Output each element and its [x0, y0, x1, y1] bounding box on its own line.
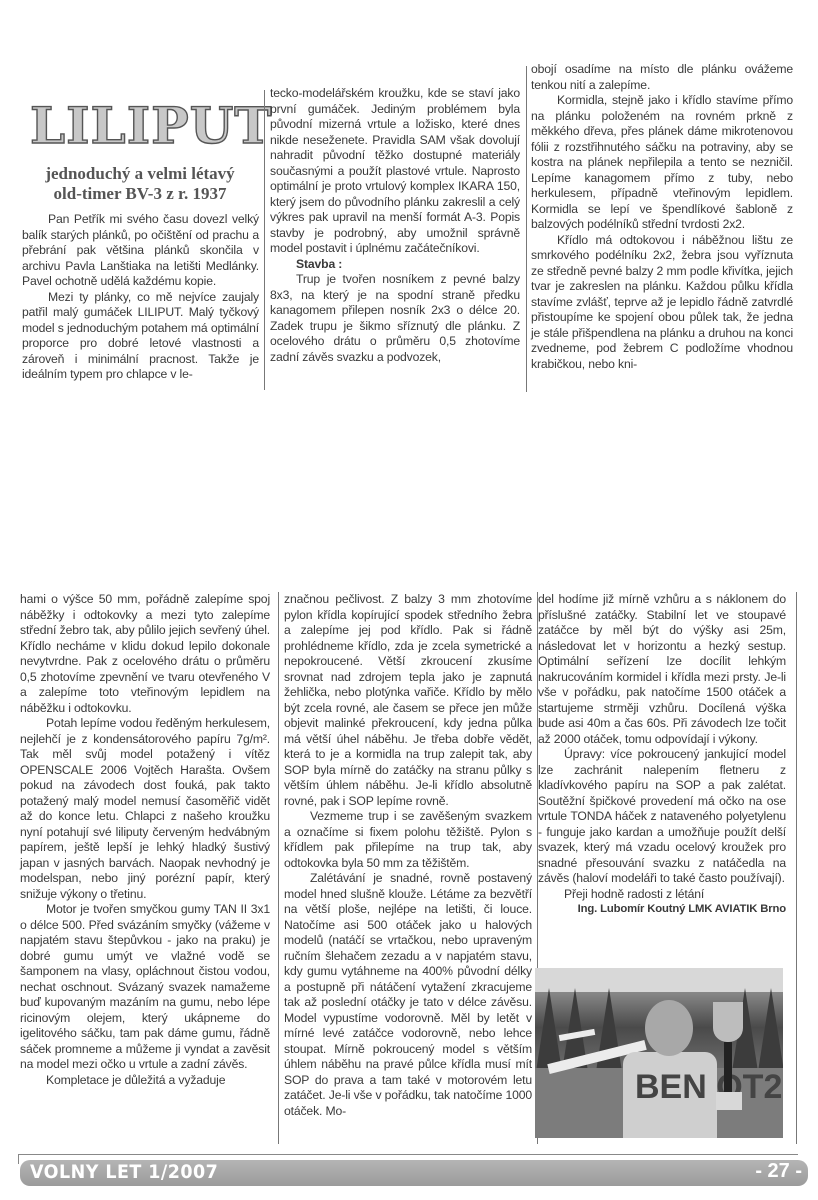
top-column-1: Pan Petřík mi svého času dovezl velký ba… — [22, 212, 259, 383]
paragraph: Kompletace je důležitá a vyžaduje — [20, 1073, 270, 1089]
bottom-column-2: značnou pečlivost. Z balzy 3 mm zhotovím… — [284, 592, 532, 1119]
column-divider — [526, 66, 527, 392]
paragraph: Zalétávání je snadné, rovně postavený mo… — [284, 871, 532, 1119]
paragraph: Křídlo má odtokovou i náběžnou lištu ze … — [531, 233, 793, 373]
paragraph: značnou pečlivost. Z balzy 3 mm zhotovím… — [284, 592, 532, 809]
author-signature: Ing. Lubomír Koutný LMK AVIATIK Brno — [538, 902, 786, 918]
paragraph: Kormidla, stejně jako i křídlo stavíme p… — [531, 93, 793, 233]
paragraph: tecko-modelářském kroužku, kde se staví … — [270, 86, 520, 257]
shirt-print: BEN OT2 — [635, 1068, 782, 1107]
top-column-2: tecko-modelářském kroužku, kde se staví … — [270, 86, 520, 365]
paragraph: Úpravy: více pokroucený jankující model … — [538, 747, 786, 887]
column-divider — [796, 592, 797, 1144]
article-title: LILIPUT — [30, 96, 240, 156]
paragraph: hami o výšce 50 mm, pořádně zalepíme spo… — [20, 592, 270, 716]
paragraph: Motor je tvořen smyčkou gumy TAN II 3x1 … — [20, 902, 270, 1073]
trophy-cup — [713, 1002, 743, 1042]
paragraph: Trup je tvořen nosníkem z pevné balzy 8x… — [270, 272, 520, 365]
page-number: - 27 - — [755, 1160, 802, 1183]
photo-boy-with-model-and-trophy: BEN OT2 — [535, 968, 783, 1138]
trophy-base — [716, 1092, 742, 1110]
paragraph: obojí osadíme na místo dle plánku ovážem… — [531, 62, 793, 93]
footer-rule-corner — [18, 1154, 19, 1164]
column-divider — [264, 90, 265, 390]
top-column-3: obojí osadíme na místo dle plánku ovážem… — [531, 62, 793, 372]
section-heading: Stavba : — [270, 257, 520, 273]
bottom-column-3: del hodíme již mírně vzhůru a s náklonem… — [538, 592, 786, 918]
footer-rule — [18, 1154, 798, 1155]
subtitle-line-1: jednoduchý a velmi létavý — [20, 164, 260, 184]
bottom-column-1: hami o výšce 50 mm, pořádně zalepíme spo… — [20, 592, 270, 1088]
subtitle-line-2: old-timer BV-3 z r. 1937 — [20, 184, 260, 204]
paragraph: Vezmeme trup i se zavěšeným svazkem a oz… — [284, 809, 532, 871]
photo-tree — [595, 988, 623, 1078]
article-subtitle: jednoduchý a velmi létavý old-timer BV-3… — [20, 164, 260, 204]
magazine-issue: VOLNY LET 1/2007 — [30, 1161, 218, 1183]
paragraph: Přeji hodně radosti z létání — [538, 887, 786, 903]
paragraph: Pan Petřík mi svého času dovezl velký ba… — [22, 212, 259, 290]
trophy-stem — [724, 1042, 732, 1092]
paragraph: del hodíme již mírně vzhůru a s náklonem… — [538, 592, 786, 747]
boy-head — [645, 1000, 693, 1056]
photo-tree — [757, 988, 783, 1078]
paragraph: Potah lepíme vodou ředěným herkulesem, n… — [20, 716, 270, 902]
column-divider — [278, 592, 279, 1144]
paragraph: Mezi ty plánky, co mě nejvíce zaujaly pa… — [22, 290, 259, 383]
